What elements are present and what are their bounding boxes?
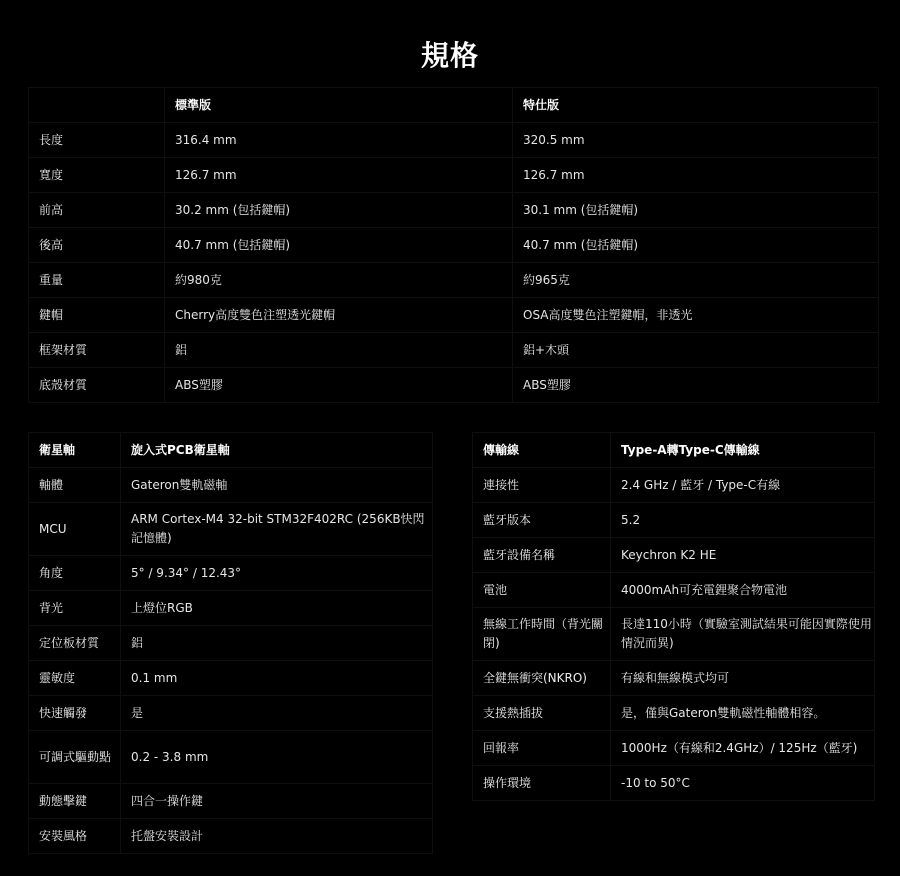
special-value: 鋁+木頭: [513, 333, 879, 368]
hardware-spec-table: 衛星軸 旋入式PCB衛星軸 軸體 Gateron雙軌磁軸 MCU ARM Cor…: [28, 432, 433, 854]
special-value: OSA高度雙色注塑鍵帽，非透光: [513, 298, 879, 333]
row-label: 藍牙版本: [473, 503, 611, 538]
table-row: 底殼材質 ABS塑膠 ABS塑膠: [29, 368, 879, 403]
row-label: 傳輸線: [473, 433, 611, 468]
row-label: 鍵帽: [29, 298, 165, 333]
row-value: 四合一操作鍵: [121, 784, 433, 819]
row-label: MCU: [29, 503, 121, 556]
row-label: 支援熱插拔: [473, 696, 611, 731]
row-label: 角度: [29, 556, 121, 591]
standard-value: 約980克: [165, 263, 513, 298]
table-row: 藍牙版本 5.2: [473, 503, 875, 538]
row-value: 1000Hz（有線和2.4GHz）/ 125Hz（藍牙): [611, 731, 875, 766]
table-row: 靈敏度 0.1 mm: [29, 661, 433, 696]
row-value: 5.2: [611, 503, 875, 538]
special-value: 126.7 mm: [513, 158, 879, 193]
row-label: 靈敏度: [29, 661, 121, 696]
row-value: 4000mAh可充電鋰聚合物電池: [611, 573, 875, 608]
table-header-row: 衛星軸 旋入式PCB衛星軸: [29, 433, 433, 468]
table-row: 回報率 1000Hz（有線和2.4GHz）/ 125Hz（藍牙): [473, 731, 875, 766]
row-label: 框架材質: [29, 333, 165, 368]
table-header-row: 標準版 特仕版: [29, 88, 879, 123]
row-label: 電池: [473, 573, 611, 608]
row-value: 鋁: [121, 626, 433, 661]
table-row: 鍵帽 Cherry高度雙色注塑透光鍵帽 OSA高度雙色注塑鍵帽，非透光: [29, 298, 879, 333]
table-row: 後高 40.7 mm (包括鍵帽) 40.7 mm (包括鍵帽): [29, 228, 879, 263]
row-label: 安裝風格: [29, 819, 121, 854]
standard-value: 126.7 mm: [165, 158, 513, 193]
row-label: 定位板材質: [29, 626, 121, 661]
standard-value: Cherry高度雙色注塑透光鍵帽: [165, 298, 513, 333]
row-label: 底殼材質: [29, 368, 165, 403]
row-label: 快速觸發: [29, 696, 121, 731]
standard-value: 鋁: [165, 333, 513, 368]
row-label: 背光: [29, 591, 121, 626]
standard-value: 316.4 mm: [165, 123, 513, 158]
row-label: 衛星軸: [29, 433, 121, 468]
row-label: 藍牙設備名稱: [473, 538, 611, 573]
row-value: 上燈位RGB: [121, 591, 433, 626]
row-label: 全鍵無衝突(NKRO): [473, 661, 611, 696]
table-row: 軸體 Gateron雙軌磁軸: [29, 468, 433, 503]
row-value: -10 to 50°C: [611, 766, 875, 801]
row-label: 操作環境: [473, 766, 611, 801]
standard-value: ABS塑膠: [165, 368, 513, 403]
row-value: 是: [121, 696, 433, 731]
header-standard-edition: 標準版: [165, 88, 513, 123]
table-row: 電池 4000mAh可充電鋰聚合物電池: [473, 573, 875, 608]
row-value: 是，僅與Gateron雙軌磁性軸體相容。: [611, 696, 875, 731]
table-row: 安裝風格 托盤安裝設計: [29, 819, 433, 854]
header-empty-cell: [29, 88, 165, 123]
table-row: 全鍵無衝突(NKRO) 有線和無線模式均可: [473, 661, 875, 696]
row-value: Keychron K2 HE: [611, 538, 875, 573]
row-label: 無線工作時間（背光關閉): [473, 608, 611, 661]
table-row: 動態擊鍵 四合一操作鍵: [29, 784, 433, 819]
table-row: 定位板材質 鋁: [29, 626, 433, 661]
table-header-row: 傳輸線 Type-A轉Type-C傳輸線: [473, 433, 875, 468]
row-value: Type-A轉Type-C傳輸線: [611, 433, 875, 468]
row-label: 回報率: [473, 731, 611, 766]
table-row: 快速觸發 是: [29, 696, 433, 731]
row-value: 托盤安裝設計: [121, 819, 433, 854]
table-row: 重量 約980克 約965克: [29, 263, 879, 298]
comparison-spec-table: 標準版 特仕版 長度 316.4 mm 320.5 mm 寬度 126.7 mm…: [28, 87, 879, 403]
row-value: Gateron雙軌磁軸: [121, 468, 433, 503]
special-value: 40.7 mm (包括鍵帽): [513, 228, 879, 263]
row-label: 長度: [29, 123, 165, 158]
table-row: 角度 5° / 9.34° / 12.43°: [29, 556, 433, 591]
table-row: MCU ARM Cortex-M4 32-bit STM32F402RC (25…: [29, 503, 433, 556]
row-label: 可調式驅動點: [29, 731, 121, 784]
standard-value: 40.7 mm (包括鍵帽): [165, 228, 513, 263]
table-row: 操作環境 -10 to 50°C: [473, 766, 875, 801]
standard-value: 30.2 mm (包括鍵帽): [165, 193, 513, 228]
table-row: 框架材質 鋁 鋁+木頭: [29, 333, 879, 368]
table-row: 支援熱插拔 是，僅與Gateron雙軌磁性軸體相容。: [473, 696, 875, 731]
row-label: 連接性: [473, 468, 611, 503]
table-row: 無線工作時間（背光關閉) 長達110小時（實驗室測試結果可能因實際使用情況而異): [473, 608, 875, 661]
row-value: 有線和無線模式均可: [611, 661, 875, 696]
special-value: 320.5 mm: [513, 123, 879, 158]
row-label: 前高: [29, 193, 165, 228]
row-value: 0.1 mm: [121, 661, 433, 696]
row-label: 後高: [29, 228, 165, 263]
header-special-edition: 特仕版: [513, 88, 879, 123]
special-value: 30.1 mm (包括鍵帽): [513, 193, 879, 228]
table-row: 藍牙設備名稱 Keychron K2 HE: [473, 538, 875, 573]
special-value: 約965克: [513, 263, 879, 298]
row-value: 0.2 - 3.8 mm: [121, 731, 433, 784]
row-label: 動態擊鍵: [29, 784, 121, 819]
table-row: 寬度 126.7 mm 126.7 mm: [29, 158, 879, 193]
row-value: 長達110小時（實驗室測試結果可能因實際使用情況而異): [611, 608, 875, 661]
table-row: 可調式驅動點 0.2 - 3.8 mm: [29, 731, 433, 784]
row-value: 2.4 GHz / 藍牙 / Type-C有線: [611, 468, 875, 503]
row-label: 寬度: [29, 158, 165, 193]
special-value: ABS塑膠: [513, 368, 879, 403]
row-label: 重量: [29, 263, 165, 298]
row-value: ARM Cortex-M4 32-bit STM32F402RC (256KB快…: [121, 503, 433, 556]
table-row: 背光 上燈位RGB: [29, 591, 433, 626]
table-row: 連接性 2.4 GHz / 藍牙 / Type-C有線: [473, 468, 875, 503]
row-value: 旋入式PCB衛星軸: [121, 433, 433, 468]
table-row: 前高 30.2 mm (包括鍵帽) 30.1 mm (包括鍵帽): [29, 193, 879, 228]
row-label: 軸體: [29, 468, 121, 503]
row-value: 5° / 9.34° / 12.43°: [121, 556, 433, 591]
connectivity-spec-table: 傳輸線 Type-A轉Type-C傳輸線 連接性 2.4 GHz / 藍牙 / …: [472, 432, 875, 801]
page-title: 規格: [0, 34, 900, 74]
table-row: 長度 316.4 mm 320.5 mm: [29, 123, 879, 158]
